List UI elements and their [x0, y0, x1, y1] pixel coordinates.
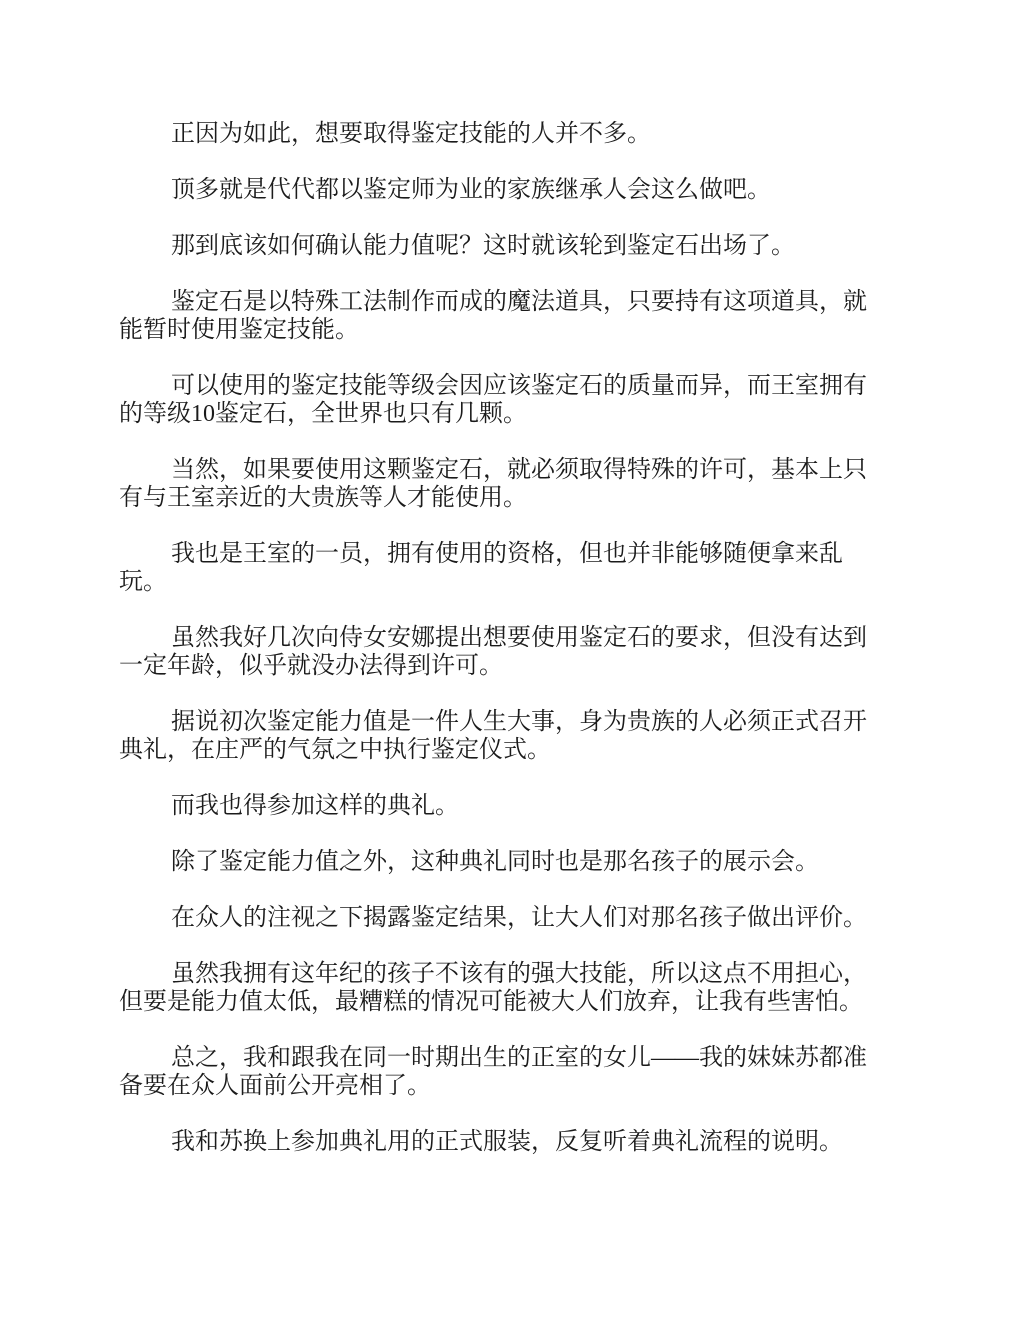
paragraph: 虽然我好几次向侍女安娜提出想要使用鉴定石的要求，但没有达到 一定年龄，似乎就没办… — [119, 624, 902, 680]
paragraph: 虽然我拥有这年纪的孩子不该有的强大技能，所以这点不用担心， 但要是能力值太低，最… — [119, 960, 902, 1016]
paragraph: 我也是王室的一员，拥有使用的资格，但也并非能够随便拿来乱 玩。 — [119, 540, 902, 596]
paragraph: 在众人的注视之下揭露鉴定结果，让大人们对那名孩子做出评价。 — [119, 904, 902, 932]
paragraph: 当然，如果要使用这颗鉴定石，就必须取得特殊的许可，基本上只 有与王室亲近的大贵族… — [119, 456, 902, 512]
document-page: 正因为如此，想要取得鉴定技能的人并不多。顶多就是代代都以鉴定师为业的家族继承人会… — [0, 0, 1020, 1320]
text-block: 正因为如此，想要取得鉴定技能的人并不多。顶多就是代代都以鉴定师为业的家族继承人会… — [119, 120, 902, 1184]
paragraph: 据说初次鉴定能力值是一件人生大事，身为贵族的人必须正式召开 典礼，在庄严的气氛之… — [119, 708, 902, 764]
paragraph: 可以使用的鉴定技能等级会因应该鉴定石的质量而异，而王室拥有 的等级10鉴定石，全… — [119, 372, 902, 428]
paragraph: 鉴定石是以特殊工法制作而成的魔法道具，只要持有这项道具，就 能暂时使用鉴定技能。 — [119, 288, 902, 344]
paragraph: 而我也得参加这样的典礼。 — [119, 792, 902, 820]
paragraph: 总之，我和跟我在同一时期出生的正室的女儿——我的妹妹苏都准 备要在众人面前公开亮… — [119, 1044, 902, 1100]
paragraph: 正因为如此，想要取得鉴定技能的人并不多。 — [119, 120, 902, 148]
paragraph: 顶多就是代代都以鉴定师为业的家族继承人会这么做吧。 — [119, 176, 902, 204]
paragraph: 我和苏换上参加典礼用的正式服装，反复听着典礼流程的说明。 — [119, 1128, 902, 1156]
paragraph: 那到底该如何确认能力值呢？这时就该轮到鉴定石出场了。 — [119, 232, 902, 260]
paragraph: 除了鉴定能力值之外，这种典礼同时也是那名孩子的展示会。 — [119, 848, 902, 876]
